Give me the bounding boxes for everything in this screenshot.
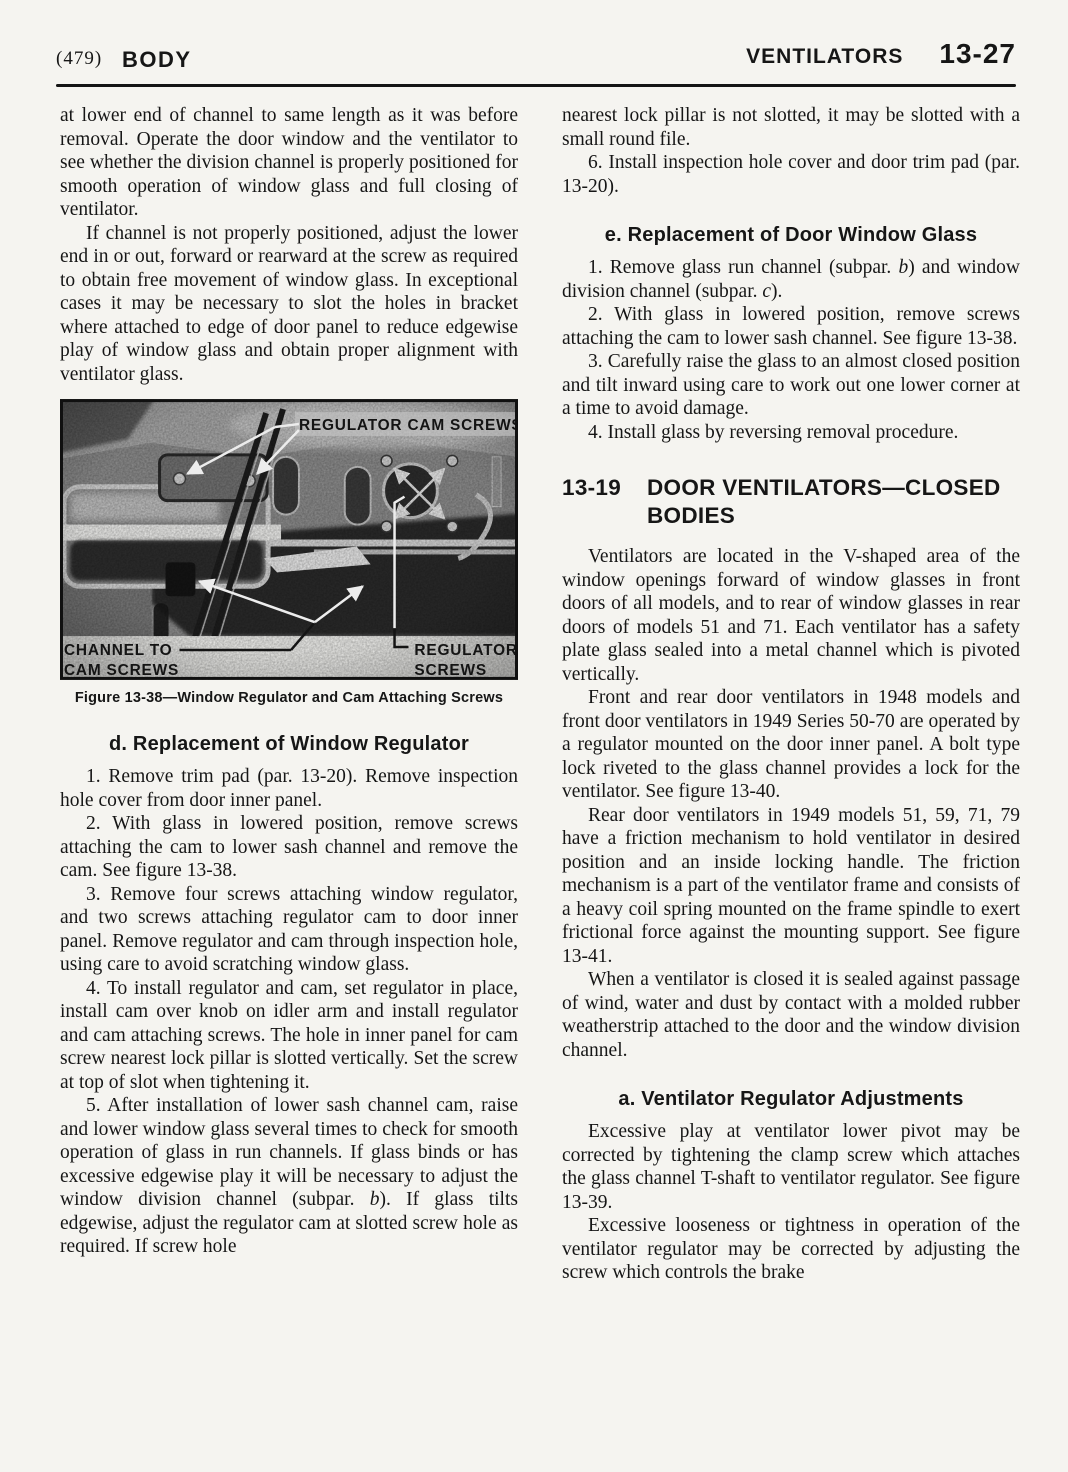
text-run: 4. Install glass by reversing removal pr… xyxy=(588,422,958,443)
header-rule xyxy=(56,84,1016,87)
paragraph: If channel is not properly positioned, a… xyxy=(60,222,518,387)
figure-label-regulator-screws-line1: REGULATOR xyxy=(414,642,517,659)
paragraph: 4. To install regulator and cam, set reg… xyxy=(60,977,518,1095)
paragraph: 3. Carefully raise the glass to an almos… xyxy=(562,350,1020,421)
paragraph: Excessive looseness or tightness in oper… xyxy=(562,1214,1020,1285)
figure-caption: Figure 13-38—Window Regulator and Cam At… xyxy=(60,689,518,707)
section-title: DOOR VENTILATORS—CLOSEDBODIES xyxy=(647,474,1020,530)
text-run: Excessive play at ventilator lower pivot… xyxy=(562,1121,1020,1213)
left-column-top-flow: at lower end of channel to same length a… xyxy=(60,104,518,386)
figure-label-channel-to-cam-screws-line2: CAM SCREWS xyxy=(64,662,179,679)
paragraph: 1. Remove glass run channel (subpar. b) … xyxy=(562,256,1020,303)
text-run: 3. Carefully raise the glass to an almos… xyxy=(562,351,1020,419)
paragraph: at lower end of channel to same length a… xyxy=(60,104,518,222)
text-run: Excessive looseness or tightness in oper… xyxy=(562,1215,1020,1283)
paragraph: 2. With glass in lowered position, remov… xyxy=(562,303,1020,350)
text-run: Rear door ventilators in 1949 models 51,… xyxy=(562,805,1020,967)
text-run: 1. Remove trim pad (par. 13-20). Remove … xyxy=(60,766,518,811)
text-run: 2. With glass in lowered position, remov… xyxy=(60,813,518,881)
manual-page: { "page_header": { "page_number": "(479)… xyxy=(0,0,1068,1472)
paragraph: 2. With glass in lowered position, remov… xyxy=(60,812,518,883)
header-section-title: BODY xyxy=(122,47,192,73)
text-run: When a ventilator is closed it is sealed… xyxy=(562,969,1020,1061)
paragraph: Ventilators are located in the V-shaped … xyxy=(562,545,1020,686)
paragraph: 6. Install inspection hole cover and doo… xyxy=(562,151,1020,198)
text-run: 3. Remove four screws attaching window r… xyxy=(60,884,518,976)
subsection-heading: e. Replacement of Door Window Glass xyxy=(562,223,1020,247)
text-run: If channel is not properly positioned, a… xyxy=(60,223,518,385)
paragraph: nearest lock pillar is not slotted, it m… xyxy=(562,104,1020,151)
text-run: Front and rear door ventilators in 1948 … xyxy=(562,687,1020,802)
italic-text-run: b xyxy=(370,1189,380,1210)
figure-label-channel-to-cam-screws-line1: CHANNEL TO xyxy=(64,642,173,659)
paragraph: Front and rear door ventilators in 1948 … xyxy=(562,686,1020,804)
subsection-heading: a. Ventilator Regulator Adjustments xyxy=(562,1087,1020,1111)
italic-text-run: b xyxy=(898,257,908,278)
text-run: Ventilators are located in the V-shaped … xyxy=(562,546,1020,685)
text-run: at lower end of channel to same length a… xyxy=(60,105,518,220)
figure-label-regulator-cam-screws: REGULATOR CAM SCREWS xyxy=(299,417,518,434)
header-right: VENTILATORS 13-27 xyxy=(746,38,1016,70)
text-run: 1. Remove glass run channel (subpar. xyxy=(588,257,898,278)
paragraph: Rear door ventilators in 1949 models 51,… xyxy=(562,804,1020,969)
paragraph: 5. After installation of lower sash chan… xyxy=(60,1094,518,1259)
right-column: nearest lock pillar is not slotted, it m… xyxy=(562,104,1020,1285)
header-page-ref: 13-27 xyxy=(939,38,1016,70)
paragraph: 4. Install glass by reversing removal pr… xyxy=(562,421,1020,445)
figure-13-38: REGULATOR CAM SCREWS CHANNEL TO CAM SCRE… xyxy=(60,399,518,680)
left-column: at lower end of channel to same length a… xyxy=(60,104,518,1259)
text-run: ). xyxy=(771,281,782,302)
paragraph: Excessive play at ventilator lower pivot… xyxy=(562,1120,1020,1214)
header-chapter-title: VENTILATORS xyxy=(746,45,903,69)
paragraph: When a ventilator is closed it is sealed… xyxy=(562,968,1020,1062)
figure-photo: REGULATOR CAM SCREWS CHANNEL TO CAM SCRE… xyxy=(60,399,518,680)
text-run: 4. To install regulator and cam, set reg… xyxy=(60,978,518,1093)
text-run: nearest lock pillar is not slotted, it m… xyxy=(562,105,1020,150)
section-heading: 13-19DOOR VENTILATORS—CLOSEDBODIES xyxy=(562,474,1020,530)
text-run: 2. With glass in lowered position, remov… xyxy=(562,304,1020,349)
subsection-heading: d. Replacement of Window Regulator xyxy=(60,732,518,756)
left-column-bottom-flow: d. Replacement of Window Regulator1. Rem… xyxy=(60,732,518,1259)
paragraph: 1. Remove trim pad (par. 13-20). Remove … xyxy=(60,765,518,812)
right-column-flow: nearest lock pillar is not slotted, it m… xyxy=(562,104,1020,1285)
section-number: 13-19 xyxy=(562,474,647,530)
figure-label-regulator-screws-line2: SCREWS xyxy=(414,662,486,679)
page-number: (479) xyxy=(56,48,102,70)
italic-text-run: c xyxy=(762,281,771,302)
text-run: 6. Install inspection hole cover and doo… xyxy=(562,152,1020,197)
paragraph: 3. Remove four screws attaching window r… xyxy=(60,883,518,977)
